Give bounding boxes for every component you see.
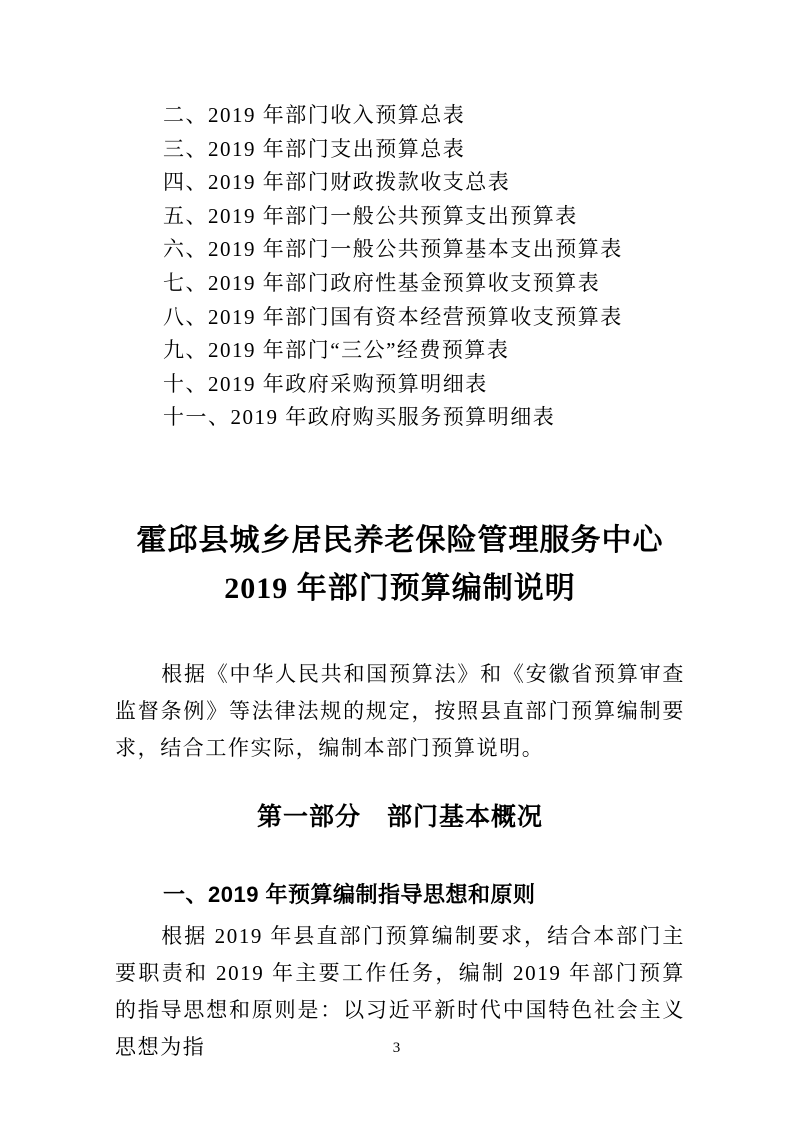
toc-item: 五、2019 年部门一般公共预算支出预算表 <box>115 200 685 234</box>
intro-paragraph: 根据《中华人民共和国预算法》和《安徽省预算审查监督条例》等法律法规的规定，按照县… <box>115 656 685 767</box>
toc-item: 四、2019 年部门财政拨款收支总表 <box>115 166 685 200</box>
table-of-contents: 二、2019 年部门收入预算总表 三、2019 年部门支出预算总表 四、2019… <box>115 99 685 435</box>
document-title-line1: 霍邱县城乡居民养老保险管理服务中心 <box>115 517 685 565</box>
part1-heading: 第一部分 部门基本概况 <box>115 800 685 834</box>
toc-item: 九、2019 年部门“三公”经费预算表 <box>115 334 685 368</box>
toc-item: 七、2019 年部门政府性基金预算收支预算表 <box>115 267 685 301</box>
page-number: 3 <box>0 1040 793 1057</box>
subsection1-heading: 一、2019 年预算编制指导思想和原则 <box>115 878 685 912</box>
toc-item: 六、2019 年部门一般公共预算基本支出预算表 <box>115 233 685 267</box>
toc-item: 三、2019 年部门支出预算总表 <box>115 133 685 167</box>
toc-item: 十一、2019 年政府购买服务预算明细表 <box>115 401 685 435</box>
document-page: 二、2019 年部门收入预算总表 三、2019 年部门支出预算总表 四、2019… <box>0 0 793 1122</box>
document-title-line2: 2019 年部门预算编制说明 <box>115 565 685 613</box>
document-title: 霍邱县城乡居民养老保险管理服务中心 2019 年部门预算编制说明 <box>115 517 685 613</box>
toc-item: 八、2019 年部门国有资本经营预算收支预算表 <box>115 301 685 335</box>
toc-item: 十、2019 年政府采购预算明细表 <box>115 368 685 402</box>
toc-item: 二、2019 年部门收入预算总表 <box>115 99 685 133</box>
